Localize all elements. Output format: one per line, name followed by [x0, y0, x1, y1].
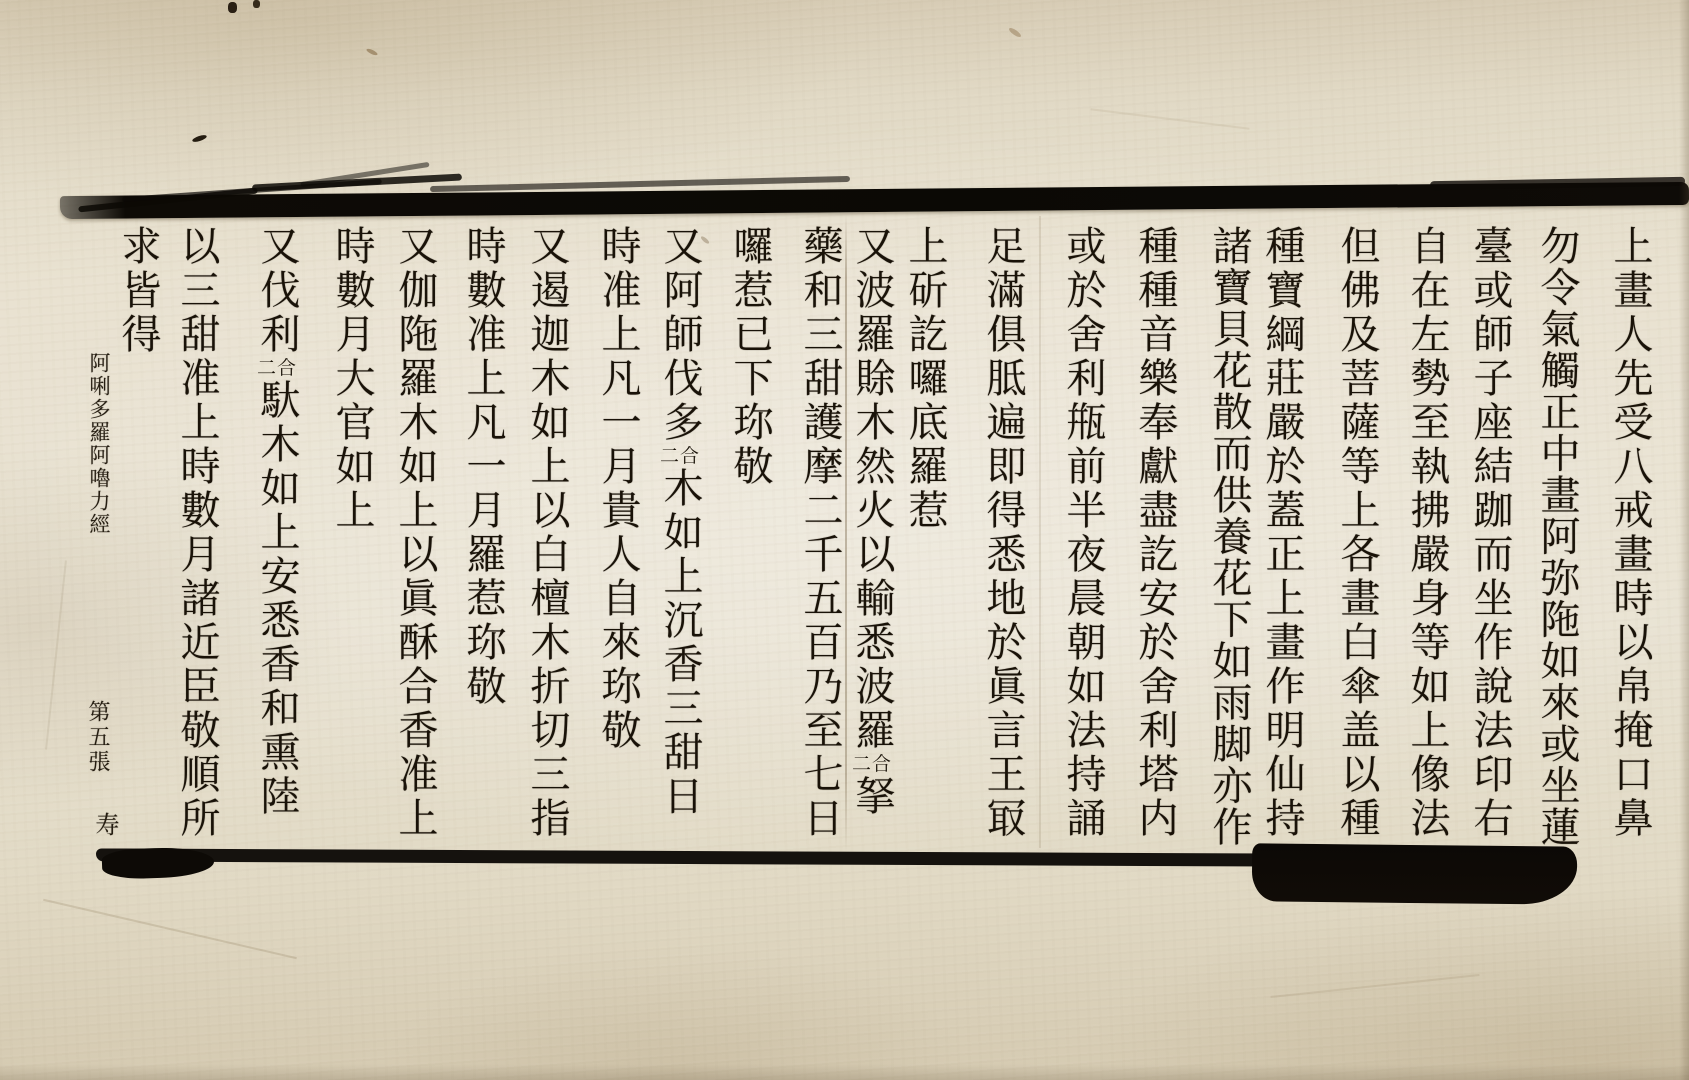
sutra-column-7: 諸寶貝花散而供養花下如雨脚亦作: [1206, 225, 1252, 848]
sutra-column-11: 上斫訖囉底羅惹: [902, 225, 948, 533]
sutra-column-13: 藥和三甜護摩二千五百乃至七日: [797, 225, 843, 841]
sutra-sheet-scan: 上畫人先受八戒畫時以帛掩口鼻勿令氣觸正中畫阿弥陁如來或坐蓮臺或師子座結跏而坐作說…: [0, 0, 1689, 1080]
sutra-column-2: 勿令氣觸正中畫阿弥陁如來或坐蓮: [1534, 225, 1580, 848]
sutra-column-3: 臺或師子座結跏而坐作說法印右: [1467, 225, 1513, 841]
sutra-column-23: 求皆得: [115, 225, 161, 357]
phonetic-gloss: 二合: [658, 445, 702, 467]
phonetic-gloss: 二合: [850, 753, 894, 775]
sutra-text-block: 上畫人先受八戒畫時以帛掩口鼻勿令氣觸正中畫阿弥陁如來或坐蓮臺或師子座結跏而坐作說…: [0, 0, 1689, 1080]
sutra-column-15: 又阿師伐多二合木如上沉香三甜日: [657, 225, 703, 819]
sutra-column-18: 時數准上凡一月羅惹珎敬: [460, 225, 506, 709]
sutra-column-22: 以三甜准上時數月諸近臣敬順所: [174, 225, 220, 841]
sutra-column-14: 囉惹已下珎敬: [727, 225, 773, 489]
sutra-column-10: 足滿俱胝遍即得悉地於眞言王冣: [980, 225, 1026, 841]
phonetic-gloss: 二合: [255, 357, 299, 379]
sutra-column-5: 但佛及菩薩等上各畫白傘盖以種: [1334, 225, 1380, 841]
carver-mark: 寿: [88, 812, 123, 836]
sutra-column-20: 時數月大官如上: [329, 225, 375, 533]
running-title: 阿唎多羅阿嚕力經: [84, 352, 114, 536]
sutra-column-6: 種寶綱莊嚴於蓋正上畫作明仙持: [1259, 225, 1305, 841]
sutra-column-12: 又波羅賖木然火以輸悉波羅二合拏: [849, 225, 895, 819]
sutra-column-19: 又伽陁羅木如上以眞酥合香准上: [392, 225, 438, 841]
sutra-column-21: 又伐利二合馱木如上安悉香和熏陸: [254, 225, 300, 819]
sheet-number: 第五張: [82, 700, 113, 775]
sutra-column-16: 時准上凡一月貴人自來珎敬: [595, 225, 641, 753]
sutra-column-17: 又遏迦木如上以白檀木折切三指: [524, 225, 570, 841]
sutra-column-8: 種種音樂奉獻盡訖安於舍利塔内: [1132, 225, 1178, 841]
sutra-column-9: 或於舍利甁前半夜晨朝如法持誦: [1060, 225, 1106, 841]
sutra-column-1: 上畫人先受八戒畫時以帛掩口鼻: [1607, 225, 1653, 841]
sutra-column-4: 自在左勢至執拂嚴身等如上像法: [1404, 225, 1450, 841]
